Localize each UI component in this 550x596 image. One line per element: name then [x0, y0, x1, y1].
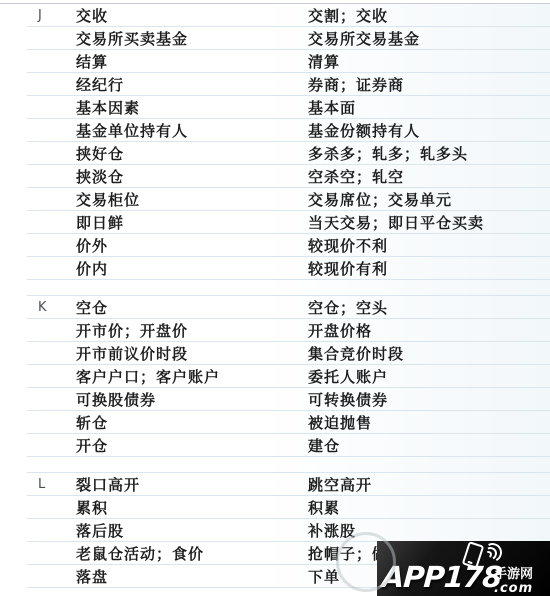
- term-cn: 清算: [308, 51, 550, 72]
- table-row: 开仓建仓: [27, 434, 550, 457]
- term-cn: 交易席位；交易单元: [308, 189, 550, 210]
- term-hk: 开仓: [68, 435, 308, 456]
- term-hk: 落盘: [68, 566, 308, 587]
- watermark-site-text: 手游网 .com: [494, 568, 533, 595]
- term-hk: 客户户口；客户账户: [68, 366, 308, 387]
- term-cn: 券商；证券商: [308, 74, 550, 95]
- table-row: 累积积累: [27, 496, 550, 519]
- term-cn: 被迫抛售: [308, 412, 550, 433]
- table-row: 交易柜位交易席位；交易单元: [27, 188, 550, 211]
- table-row: 客户户口；客户账户委托人账户: [27, 365, 550, 388]
- term-hk: 交易柜位: [68, 189, 308, 210]
- term-cn: 多杀多；轧多；轧多头: [308, 143, 550, 164]
- term-cn: 可转换债券: [308, 389, 550, 410]
- term-hk: 价外: [68, 235, 308, 256]
- term-cn: 当天交易；即日平仓买卖: [308, 212, 550, 233]
- table-row: 斩仓被迫抛售: [27, 411, 550, 434]
- term-cn: 集合竞价时段: [308, 343, 550, 364]
- term-cn: 空仓；空头: [308, 297, 550, 318]
- term-hk: 经纪行: [68, 74, 308, 95]
- table-row: J交收交割；交收: [27, 4, 550, 27]
- term-hk: 挟好仓: [68, 143, 308, 164]
- section-spacer-row: [27, 280, 550, 296]
- term-hk: 可换股债券: [68, 389, 308, 410]
- table-row: 结算清算: [27, 50, 550, 73]
- term-hk: 累积: [68, 497, 308, 518]
- glossary-table: J交收交割；交收交易所买卖基金交易所交易基金结算清算经纪行券商；证券商基本因素基…: [27, 4, 550, 588]
- section-letter: J: [27, 8, 68, 23]
- term-hk: 挟淡仓: [68, 166, 308, 187]
- term-hk: 基本因素: [68, 97, 308, 118]
- term-cn: 较现价不利: [308, 235, 550, 256]
- watermark-site-com: .com: [494, 582, 533, 595]
- term-hk: 即日鲜: [68, 212, 308, 233]
- term-hk: 裂口高开: [68, 474, 308, 495]
- term-cn: 积累: [308, 497, 550, 518]
- term-cn: 委托人账户: [308, 366, 550, 387]
- term-hk: 空仓: [68, 297, 308, 318]
- term-cn: 建仓: [308, 435, 550, 456]
- table-row: 经纪行券商；证券商: [27, 73, 550, 96]
- term-hk: 价内: [68, 258, 308, 279]
- table-row: 挟好仓多杀多；轧多；轧多头: [27, 142, 550, 165]
- table-row: 开市价；开盘价开盘价格: [27, 319, 550, 342]
- term-cn: 基金份额持有人: [308, 120, 550, 141]
- term-hk: 交易所买卖基金: [68, 28, 308, 49]
- table-row: L裂口高开跳空高开: [27, 473, 550, 496]
- table-row: K空仓空仓；空头: [27, 296, 550, 319]
- table-row: 即日鲜当天交易；即日平仓买卖: [27, 211, 550, 234]
- table-row: 价外较现价不利: [27, 234, 550, 257]
- term-cn: 空杀空；轧空: [308, 166, 550, 187]
- term-cn: 跳空高开: [308, 474, 550, 495]
- term-hk: 开市价；开盘价: [68, 320, 308, 341]
- table-row: 挟淡仓空杀空；轧空: [27, 165, 550, 188]
- watermark-brand-text: APP178: [381, 562, 503, 592]
- term-cn: 基本面: [308, 97, 550, 118]
- table-row: 基本因素基本面: [27, 96, 550, 119]
- term-hk: 落后股: [68, 520, 308, 541]
- table-row: 交易所买卖基金交易所交易基金: [27, 27, 550, 50]
- term-hk: 交收: [68, 5, 308, 26]
- section-letter: K: [27, 300, 68, 315]
- watermark-badge: APP178 手游网 .com: [377, 541, 550, 596]
- term-cn: 交割；交收: [308, 5, 550, 26]
- table-row: 基金单位持有人基金份额持有人: [27, 119, 550, 142]
- table-row: 价内较现价有利: [27, 257, 550, 280]
- term-hk: 老鼠仓活动；食价: [68, 543, 308, 564]
- term-cn: 交易所交易基金: [308, 28, 550, 49]
- watermark-site-cn: 手游网: [494, 568, 533, 581]
- table-row: 可换股债券可转换债券: [27, 388, 550, 411]
- term-hk: 斩仓: [68, 412, 308, 433]
- term-cn: 较现价有利: [308, 258, 550, 279]
- term-cn: 开盘价格: [308, 320, 550, 341]
- section-spacer-row: [27, 457, 550, 473]
- table-row: 落后股补涨股: [27, 519, 550, 542]
- term-hk: 基金单位持有人: [68, 120, 308, 141]
- term-hk: 开市前议价时段: [68, 343, 308, 364]
- section-letter: L: [27, 477, 68, 492]
- term-cn: 补涨股: [308, 520, 550, 541]
- table-row: 开市前议价时段集合竞价时段: [27, 342, 550, 365]
- term-hk: 结算: [68, 51, 308, 72]
